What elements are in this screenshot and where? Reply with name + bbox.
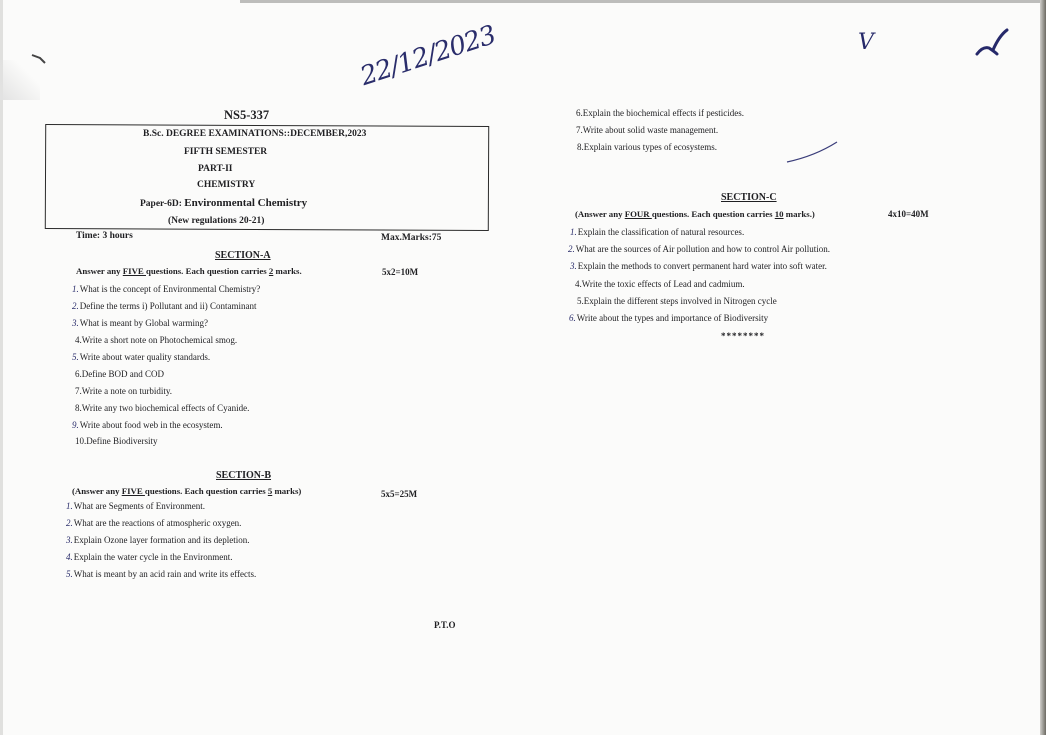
question-text: What are the reactions of atmospheric ox… [74,518,242,528]
section-b-marks: 5x5=25M [381,489,417,499]
question-text: Explain the biochemical effects if pesti… [583,108,744,118]
handwritten-date: 22/12/2023 [357,20,499,92]
question-item: 9.Write about food web in the ecosystem. [72,420,223,430]
section-b-title: SECTION-B [216,470,271,481]
question-text: Write about food web in the ecosystem. [80,420,223,430]
regulations: (New regulations 20-21) [168,216,264,226]
tick-mark-question-number: 6. [569,313,576,323]
question-item: 1.What is the concept of Environmental C… [72,284,260,294]
question-number: 4. [575,279,582,289]
section-c-instruction: (Answer any FOUR questions. Each questio… [575,209,815,219]
question-item: 6.Write about the types and importance o… [569,313,768,323]
question-number: 4. [75,335,82,345]
question-text: Write the toxic effects of Lead and cadm… [582,279,745,289]
question-item: 8.Explain various types of ecosystems. [577,142,717,152]
exam-time: Time: 3 hours [76,231,133,241]
pto-label: P.T.O [434,620,456,630]
handwritten-initial: V [858,30,874,55]
tick-mark-question-number: 1. [66,501,73,511]
question-item: 4.Write a short note on Photochemical sm… [75,335,237,345]
tick-mark-question-number: 9. [72,420,79,430]
semester: FIFTH SEMESTER [184,147,267,157]
question-item: 8.Write any two biochemical effects of C… [75,403,249,413]
subject: CHEMISTRY [197,180,255,190]
question-text: What are Segments of Environment. [74,501,205,511]
scan-shadow [0,60,40,100]
question-text: What is the concept of Environmental Che… [80,284,260,294]
question-text: Write about the types and importance of … [577,313,768,323]
part: PART-II [198,164,233,174]
question-item: 3.Explain Ozone layer formation and its … [66,535,249,545]
question-text: Write about water quality standards. [80,352,210,362]
section-a-marks: 5x2=10M [382,267,418,277]
tick-mark-question-number: 3. [570,261,577,271]
max-marks: Max.Marks:75 [381,233,441,243]
paper-title: Paper-6D: Environmental Chemistry [140,197,307,209]
question-text: What is meant by Global warming? [80,318,208,328]
tick-mark-question-number: 5. [66,569,73,579]
question-text: Explain the different steps involved in … [584,296,777,306]
question-item: 7.Write a note on turbidity. [75,386,172,396]
page-edge-top [240,0,1046,3]
tick-mark-question-number: 4. [66,552,73,562]
question-number: 6. [576,108,583,118]
question-number: 6. [75,369,82,379]
question-text: Write a note on turbidity. [82,386,172,396]
tick-mark-question-number: 2. [72,301,79,311]
section-a-title: SECTION-A [215,250,271,261]
page-edge-right [1040,0,1046,735]
question-item: 5.Explain the different steps involved i… [577,296,777,306]
tick-mark-question-number: 3. [72,318,79,328]
handwritten-checkmark-icon [975,28,1025,68]
tick-mark-question-number: 5. [72,352,79,362]
question-item: 2.What are the reactions of atmospheric … [66,518,241,528]
question-text: Explain various types of ecosystems. [584,142,717,152]
question-item: 4.Explain the water cycle in the Environ… [66,552,232,562]
question-number: 8. [75,403,82,413]
question-item: 10.Define Biodiversity [75,436,158,446]
question-item: 6.Define BOD and COD [75,369,164,379]
question-item: 1.Explain the classification of natural … [570,227,744,237]
pen-stroke-mark [785,140,845,166]
tick-mark-question-number: 2. [568,244,575,254]
scan-speck-icon [30,52,50,66]
question-text: Explain Ozone layer formation and its de… [74,535,250,545]
question-text: Define Biodiversity [86,436,157,446]
section-b-instruction: (Answer any FIVE questions. Each questio… [72,486,301,496]
question-item: 3.Explain the methods to convert permane… [570,261,827,271]
question-text: Define the terms i) Pollutant and ii) Co… [80,301,257,311]
question-number: 5. [577,296,584,306]
question-text: Explain the methods to convert permanent… [578,261,827,271]
end-marker: ******** [721,331,765,341]
question-text: Explain the water cycle in the Environme… [74,552,233,562]
section-c-title: SECTION-C [721,192,777,203]
question-item: 3.What is meant by Global warming? [72,318,208,328]
tick-mark-question-number: 2. [66,518,73,528]
tick-mark-question-number: 1. [570,227,577,237]
question-item: 2.Define the terms i) Pollutant and ii) … [72,301,256,311]
question-number: 8. [577,142,584,152]
question-item: 5.What is meant by an acid rain and writ… [66,569,256,579]
tick-mark-question-number: 3. [66,535,73,545]
question-text: Write any two biochemical effects of Cya… [82,403,250,413]
question-text: What are the sources of Air pollution an… [576,244,830,254]
question-text: Explain the classification of natural re… [578,227,744,237]
page-edge-left [0,0,3,735]
question-number: 7. [576,125,583,135]
tick-mark-question-number: 1. [72,284,79,294]
question-number: 10. [75,436,86,446]
question-text: Write a short note on Photochemical smog… [82,335,237,345]
exam-title: B.Sc. DEGREE EXAMINATIONS::DECEMBER,2023 [143,129,366,139]
section-c-marks: 4x10=40M [888,209,929,219]
question-item: 1.What are Segments of Environment. [66,501,205,511]
question-text: What is meant by an acid rain and write … [74,569,257,579]
question-item: 4.Write the toxic effects of Lead and ca… [575,279,745,289]
question-item: 6.Explain the biochemical effects if pes… [576,108,744,118]
paper-code: NS5-337 [224,108,269,123]
question-item: 5.Write about water quality standards. [72,352,210,362]
question-item: 2.What are the sources of Air pollution … [568,244,830,254]
question-number: 7. [75,386,82,396]
question-text: Define BOD and COD [82,369,164,379]
question-item: 7.Write about solid waste management. [576,125,718,135]
header-box [45,124,489,231]
section-a-instruction: Answer any FIVE questions. Each question… [76,266,302,276]
question-text: Write about solid waste management. [583,125,718,135]
